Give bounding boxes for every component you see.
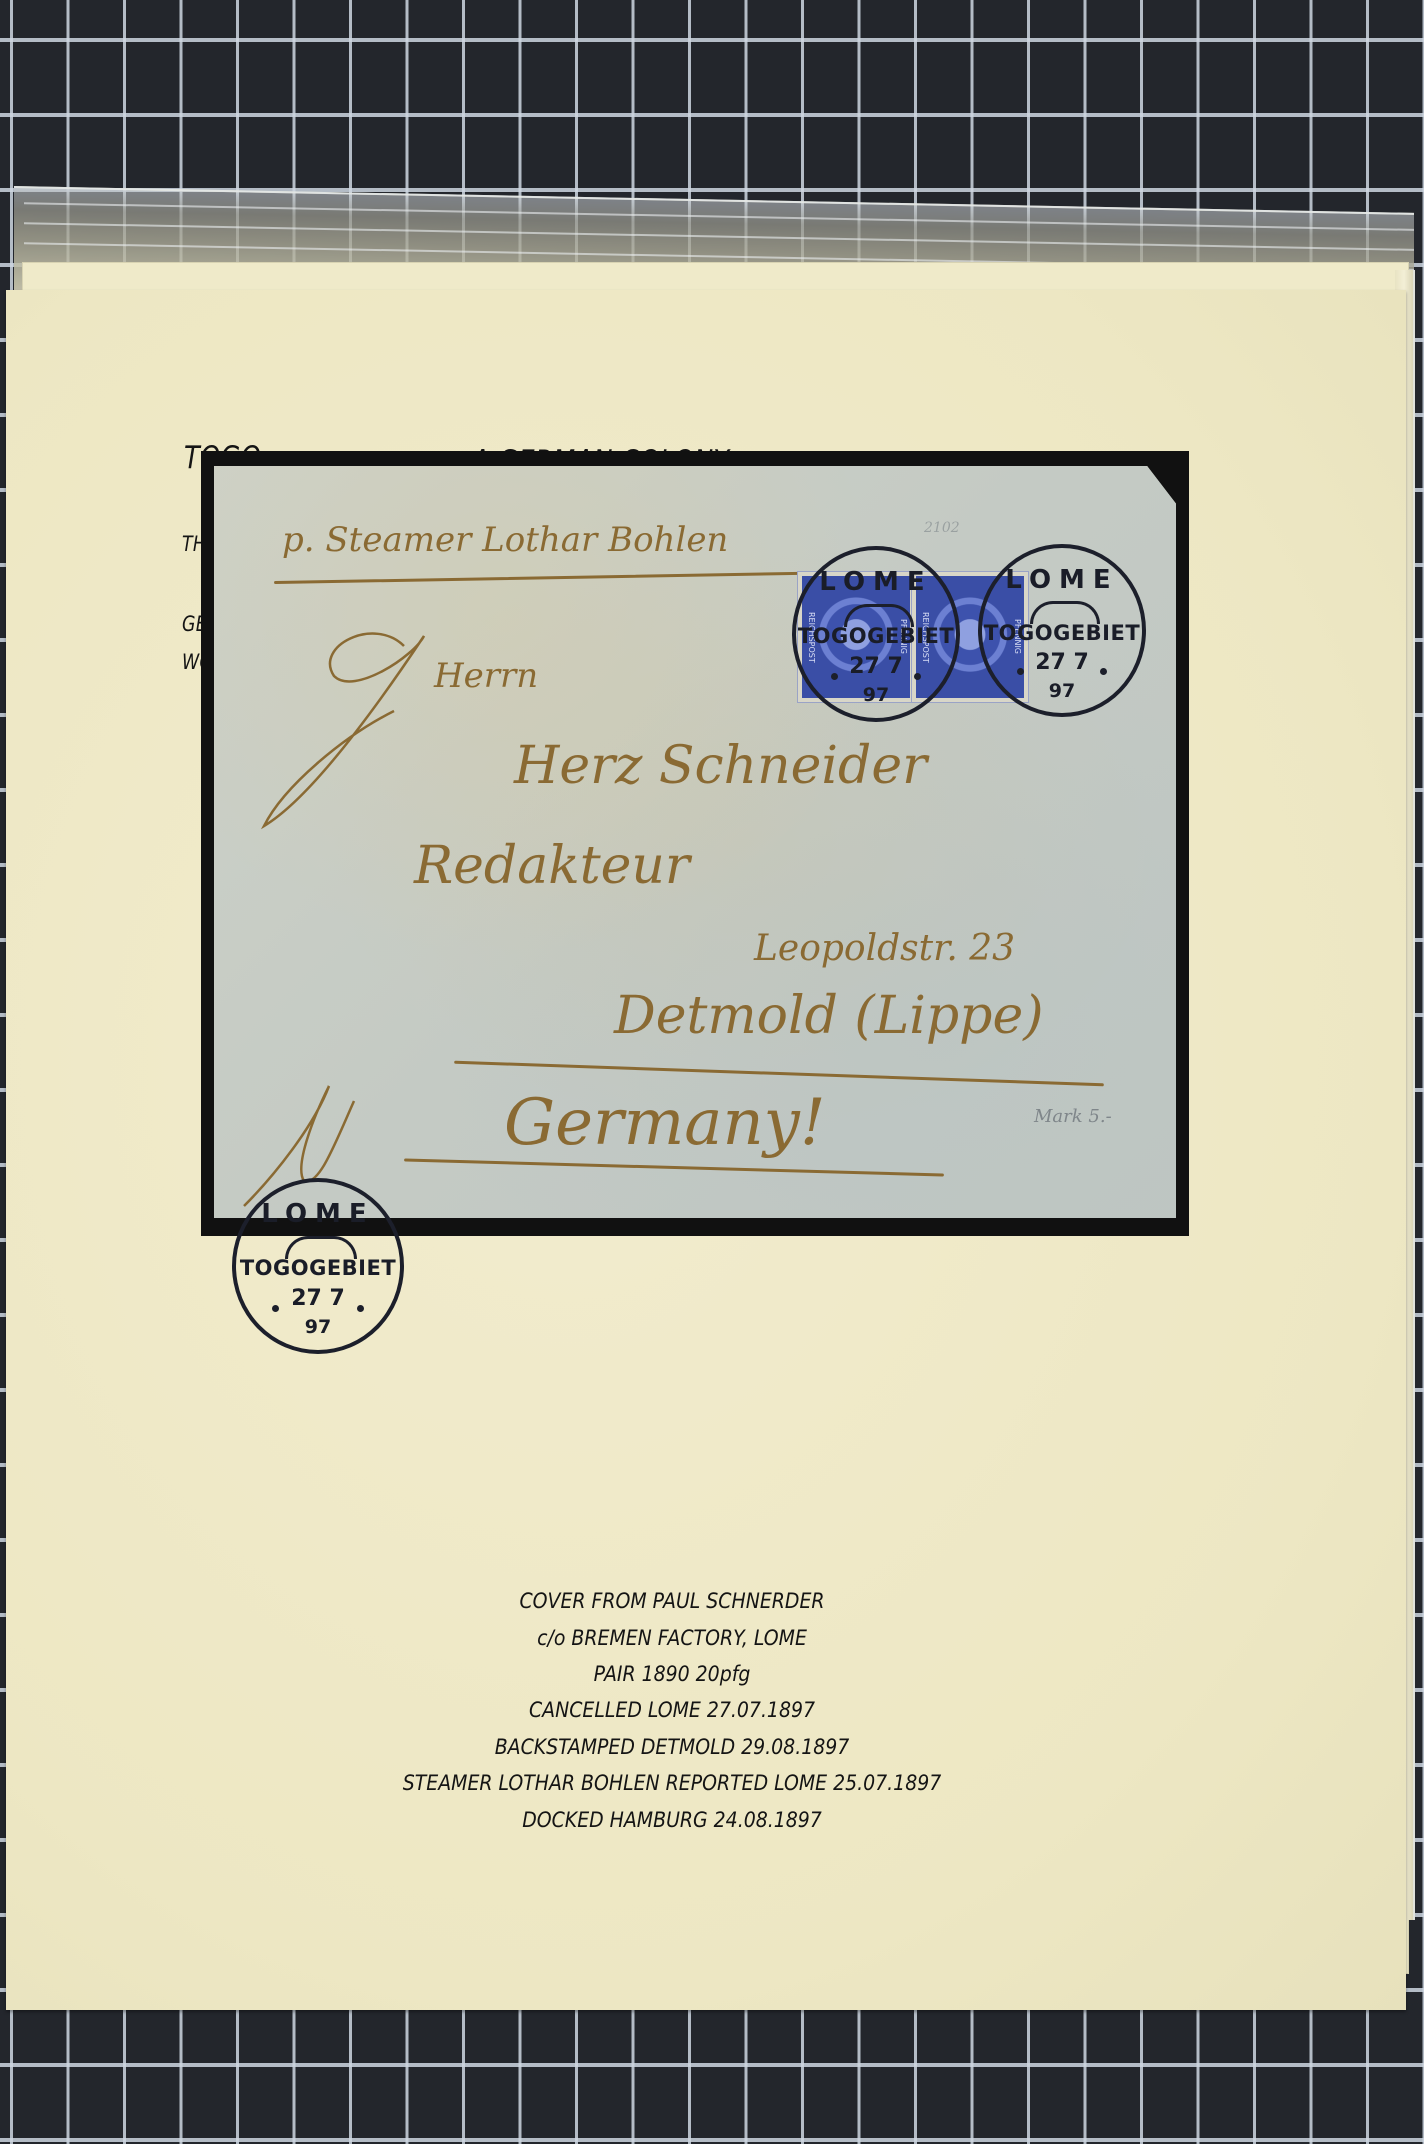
address-city: Detmold (Lippe): [614, 986, 1044, 1046]
country-underline: [404, 1158, 944, 1176]
postal-cover: p. Steamer Lothar Bohlen Herrn Herz Schn…: [214, 466, 1176, 1218]
postmark-town: LOME: [796, 567, 956, 597]
addressee-name: Herz Schneider: [514, 736, 927, 796]
pencil-price-note: Mark 5.-: [1034, 1106, 1112, 1127]
addressee-occupation: Redakteur: [414, 836, 690, 896]
caption-line: STEAMER LOTHAR BOHLEN REPORTED LOME 25.0…: [0, 1771, 1372, 1795]
postmark-dot: [272, 1305, 279, 1312]
postmark-dot: [357, 1305, 364, 1312]
postmark-region: TOGOGEBIET: [229, 1256, 406, 1280]
routing-instruction: p. Steamer Lothar Bohlen: [282, 520, 728, 560]
salutation: Herrn: [434, 656, 538, 696]
postmark-date: 27 7: [236, 1286, 400, 1311]
caption-line: BACKSTAMPED DETMOLD 29.08.1897: [0, 1735, 1372, 1759]
postmark-lome-2: LOME TOGOGEBIET 27 7 97: [978, 544, 1146, 717]
caption-line: PAIR 1890 20pfg: [0, 1662, 1372, 1686]
postmark-town: LOME: [982, 565, 1142, 595]
postmark-year: 97: [796, 684, 956, 706]
address-country: Germany!: [504, 1086, 826, 1160]
caption-line: c/o BREMEN FACTORY, LOME: [0, 1626, 1372, 1650]
salutation-flourish: [254, 616, 514, 836]
routing-underline: [274, 571, 854, 584]
pencil-top-note: 2102: [924, 520, 960, 536]
postmark-region: TOGOGEBIET: [790, 624, 963, 648]
postmark-year: 97: [982, 680, 1142, 702]
postmark-dot: [831, 673, 838, 680]
postmark-lome-1: LOME TOGOGEBIET 27 7 97: [792, 546, 960, 722]
postmark-town: LOME: [236, 1199, 400, 1229]
postmark-lome-3: LOME TOGOGEBIET 27 7 97: [232, 1178, 404, 1354]
caption-line: DOCKED HAMBURG 24.08.1897: [0, 1808, 1372, 1832]
postmark-year: 97: [236, 1316, 400, 1338]
address-street: Leopoldstr. 23: [754, 928, 1015, 969]
postmark-date: 27 7: [796, 654, 956, 679]
caption-line: COVER FROM PAUL SCHNERDER: [0, 1589, 1372, 1613]
city-underline: [454, 1061, 1104, 1087]
postmark-region: TOGOGEBIET: [976, 621, 1149, 645]
caption-line: CANCELLED LOME 27.07.1897: [0, 1698, 1372, 1722]
postmark-date: 27 7: [982, 650, 1142, 675]
postmark-dot: [914, 673, 921, 680]
